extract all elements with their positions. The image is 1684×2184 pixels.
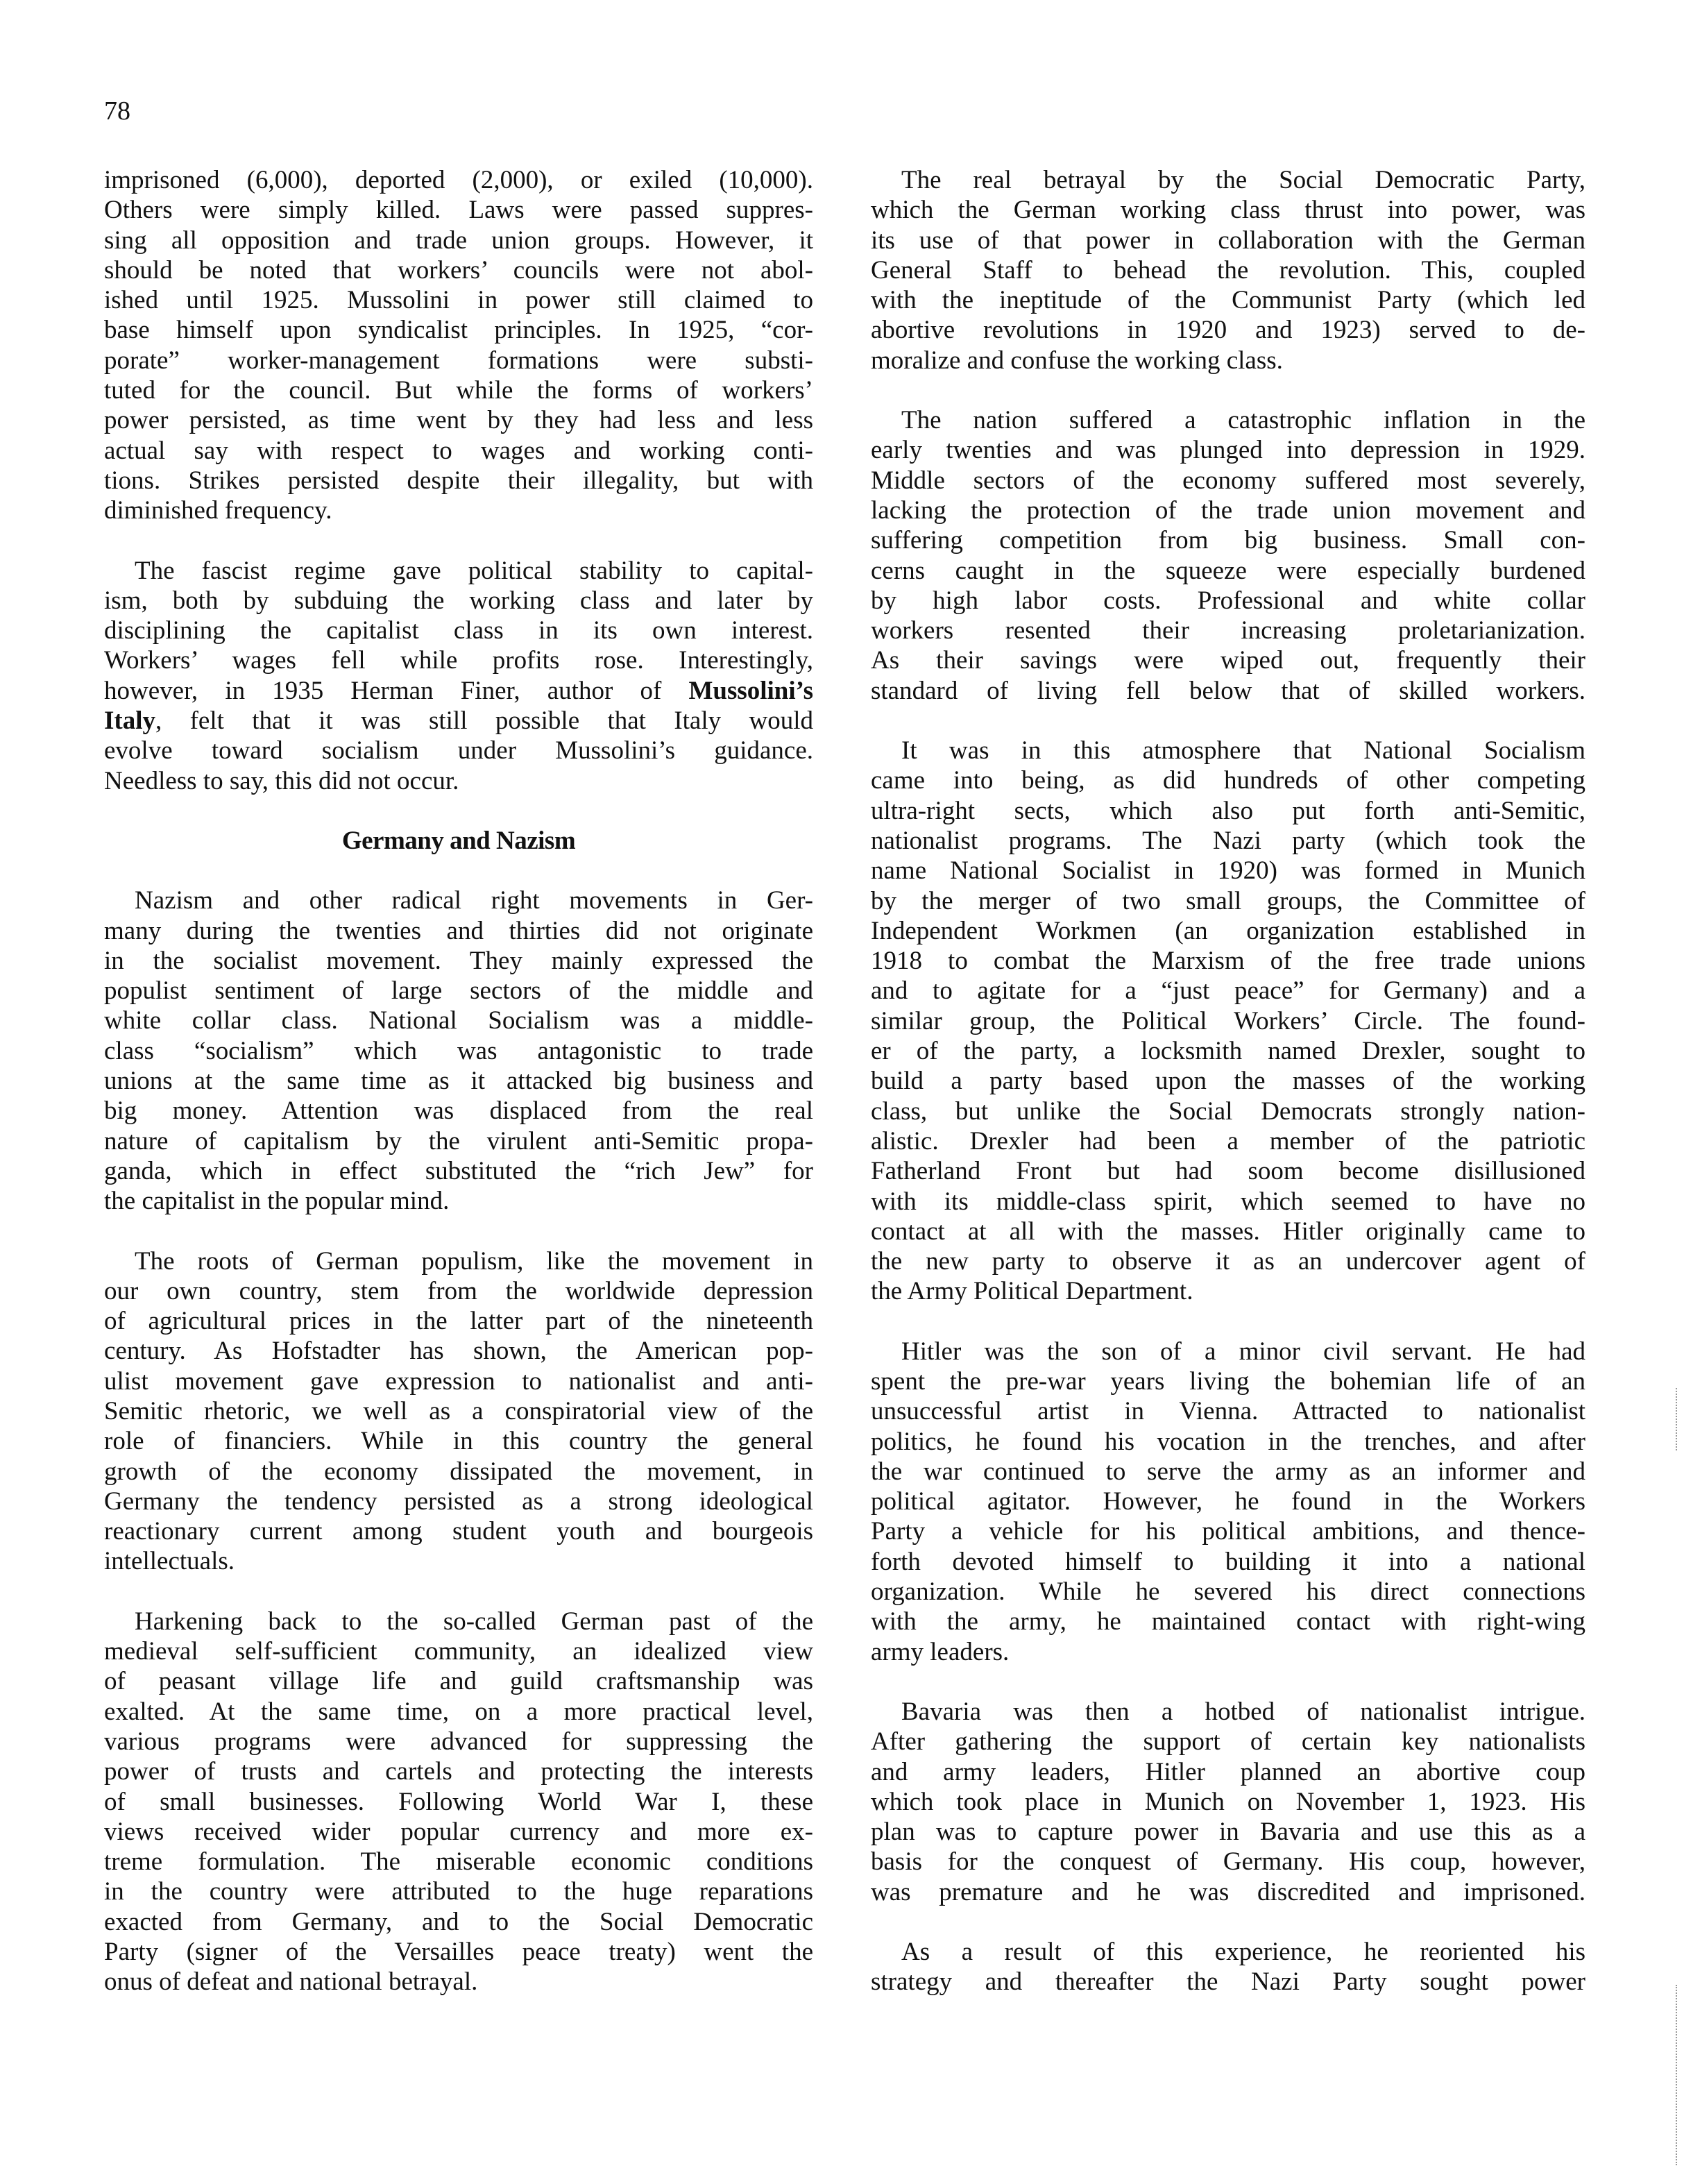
text-line: by the merger of two small groups, the C… — [871, 886, 1585, 916]
text-line: Germany the tendency persisted as a stro… — [104, 1487, 813, 1516]
text-line: of peasant village life and guild crafts… — [104, 1666, 813, 1696]
text-line: Workers’ wages fell while profits rose. … — [104, 645, 813, 675]
text-line: and army leaders, Hitler planned an abor… — [871, 1757, 1585, 1787]
paragraph-inflation: The nation suffered a catastrophic infla… — [871, 405, 1585, 706]
scan-artifact — [1676, 1985, 1679, 2165]
text-line: intellectuals. — [104, 1546, 813, 1576]
text-line: came into being, as did hundreds of othe… — [871, 765, 1585, 795]
text-line: tuted for the council. But while the for… — [104, 375, 813, 405]
text-line: Needless to say, this did not occur. — [104, 766, 813, 796]
text-line: many during the twenties and thirties di… — [104, 916, 813, 946]
text-line: class “socialism” which was antagonistic… — [104, 1036, 813, 1066]
text-line: forth devoted himself to building it int… — [871, 1547, 1585, 1577]
text-line: the new party to observe it as an underc… — [871, 1246, 1585, 1276]
text-line: Bavaria was then a hotbed of nationalist… — [871, 1697, 1585, 1727]
text-line: century. As Hofstadter has shown, the Am… — [104, 1336, 813, 1366]
text-line: politics, he found his vocation in the t… — [871, 1427, 1585, 1457]
text-line: in the socialist movement. They mainly e… — [104, 946, 813, 976]
text-line: suffering competition from big business.… — [871, 525, 1585, 555]
text-line: Semitic rhetoric, we well as a conspirat… — [104, 1396, 813, 1426]
right-column: The real betrayal by the Social Democrat… — [871, 165, 1585, 2027]
paragraph-harkening-back: Harkening back to the so-called German p… — [104, 1607, 813, 1997]
text-line: name National Socialist in 1920) was for… — [871, 856, 1585, 886]
text-line: Harkening back to the so-called German p… — [104, 1607, 813, 1636]
section-heading: Germany and Nazism — [104, 826, 813, 856]
text-line: with the ineptitude of the Communist Par… — [871, 285, 1585, 315]
text-line: Fatherland Front but had soom become dis… — [871, 1156, 1585, 1186]
text-line: Italy, felt that it was still possible t… — [104, 706, 813, 736]
text-line: strategy and thereafter the Nazi Party s… — [871, 1967, 1585, 1997]
text-line: unions at the same time as it attacked b… — [104, 1066, 813, 1096]
text-line: contact at all with the masses. Hitler o… — [871, 1217, 1585, 1246]
text-line: medieval self-sufficient community, an i… — [104, 1636, 813, 1666]
paragraph-bavaria-coup: Bavaria was then a hotbed of nationalist… — [871, 1697, 1585, 1907]
scan-artifact — [1676, 1388, 1679, 1450]
text-line: growth of the economy dissipated the mov… — [104, 1457, 813, 1487]
page-number: 78 — [104, 96, 130, 126]
text-line: political agitator. However, he found in… — [871, 1487, 1585, 1516]
text-line: Party (signer of the Versailles peace tr… — [104, 1937, 813, 1967]
text-line: which took place in Munich on November 1… — [871, 1787, 1585, 1817]
text-line: It was in this atmosphere that National … — [871, 736, 1585, 765]
text-line: however, in 1935 Herman Finer, author of… — [104, 676, 813, 706]
text-line: its use of that power in collaboration w… — [871, 226, 1585, 255]
text-line: unsuccessful artist in Vienna. Attracted… — [871, 1396, 1585, 1426]
paragraph-nazism-origins: Nazism and other radical right movements… — [104, 886, 813, 1216]
paragraph-real-betrayal: The real betrayal by the Social Democrat… — [871, 165, 1585, 375]
text-line: ism, both by subduing the working class … — [104, 586, 813, 616]
text-line: evolve toward socialism under Mussolini’… — [104, 736, 813, 765]
text-line: Party a vehicle for his political ambiti… — [871, 1516, 1585, 1546]
text-line: white collar class. National Socialism w… — [104, 1006, 813, 1035]
text-line: ished until 1925. Mussolini in power sti… — [104, 285, 813, 315]
text-line: workers resented their increasing prolet… — [871, 616, 1585, 645]
text-line: with the army, he maintained contact wit… — [871, 1607, 1585, 1636]
text-line: 1918 to combat the Marxism of the free t… — [871, 946, 1585, 976]
text-line: The real betrayal by the Social Democrat… — [871, 165, 1585, 195]
text-line: ulist movement gave expression to nation… — [104, 1366, 813, 1396]
text-line: and to agitate for a “just peace” for Ge… — [871, 976, 1585, 1006]
text-line: big money. Attention was displaced from … — [104, 1096, 813, 1126]
text-line: of small businesses. Following World War… — [104, 1787, 813, 1817]
text-line: After gathering the support of certain k… — [871, 1727, 1585, 1756]
text-segment: however, in 1935 Herman Finer, author of — [104, 677, 688, 705]
text-line: lacking the protection of the trade unio… — [871, 496, 1585, 525]
text-line: organization. While he severed his direc… — [871, 1577, 1585, 1607]
text-line: base himself upon syndicalist principles… — [104, 315, 813, 345]
text-line: As a result of this experience, he reori… — [871, 1937, 1585, 1967]
text-line: build a party based upon the masses of t… — [871, 1066, 1585, 1096]
paragraph-fascist-repression: imprisoned (6,000), deported (2,000), or… — [104, 165, 813, 526]
text-line: cerns caught in the squeeze were especia… — [871, 556, 1585, 586]
text-line: the Army Political Department. — [871, 1276, 1585, 1306]
text-line: with its middle-class spirit, which seem… — [871, 1187, 1585, 1217]
paragraph-reoriented-strategy: As a result of this experience, he reori… — [871, 1937, 1585, 1997]
text-line: sing all opposition and trade union grou… — [104, 226, 813, 255]
text-line: Middle sectors of the economy suffered m… — [871, 466, 1585, 496]
text-line: moralize and confuse the working class. — [871, 346, 1585, 375]
text-line: by high labor costs. Professional and wh… — [871, 586, 1585, 616]
text-line: should be noted that workers’ councils w… — [104, 255, 813, 285]
text-line: the capitalist in the popular mind. — [104, 1186, 813, 1216]
text-line: similar group, the Political Workers’ Ci… — [871, 1006, 1585, 1036]
paragraph-german-populism: The roots of German populism, like the m… — [104, 1246, 813, 1577]
text-line: class, but unlike the Social Democrats s… — [871, 1097, 1585, 1126]
text-line: Independent Workmen (an organization est… — [871, 916, 1585, 946]
text-line: of agricultural prices in the latter par… — [104, 1306, 813, 1336]
text-line: ganda, which in effect substituted the “… — [104, 1156, 813, 1186]
text-line: As their savings were wiped out, frequen… — [871, 645, 1585, 675]
text-line: power of trusts and cartels and protecti… — [104, 1756, 813, 1786]
text-line: various programs were advanced for suppr… — [104, 1727, 813, 1756]
text-line: spent the pre-war years living the bohem… — [871, 1366, 1585, 1396]
text-line: The roots of German populism, like the m… — [104, 1246, 813, 1276]
document-page: 78 imprisoned (6,000), deported (2,000),… — [0, 0, 1684, 2184]
text-line: nationalist programs. The Nazi party (wh… — [871, 826, 1585, 856]
text-line: standard of living fell below that of sk… — [871, 676, 1585, 706]
text-line: exalted. At the same time, on a more pra… — [104, 1697, 813, 1727]
text-line: in the country were attributed to the hu… — [104, 1877, 813, 1906]
text-line: the war continued to serve the army as a… — [871, 1457, 1585, 1487]
text-line: basis for the conquest of Germany. His c… — [871, 1847, 1585, 1877]
text-line: ultra-right sects, which also put forth … — [871, 796, 1585, 826]
text-line: onus of defeat and national betrayal. — [104, 1967, 813, 1997]
book-title-bold: Italy — [104, 706, 155, 735]
text-line: er of the party, a locksmith named Drexl… — [871, 1036, 1585, 1066]
text-line: reactionary current among student youth … — [104, 1516, 813, 1546]
text-line: was premature and he was discredited and… — [871, 1877, 1585, 1907]
text-line: The fascist regime gave political stabil… — [104, 556, 813, 586]
paragraph-national-socialism-origins: It was in this atmosphere that National … — [871, 736, 1585, 1307]
text-line: our own country, stem from the worldwide… — [104, 1276, 813, 1306]
text-line: treme formulation. The miserable economi… — [104, 1847, 813, 1877]
text-line: Others were simply killed. Laws were pas… — [104, 195, 813, 225]
text-line: plan was to capture power in Bavaria and… — [871, 1817, 1585, 1847]
text-line: Hitler was the son of a minor civil serv… — [871, 1337, 1585, 1366]
text-line: diminished frequency. — [104, 496, 813, 525]
text-line: abortive revolutions in 1920 and 1923) s… — [871, 315, 1585, 345]
book-title-bold: Mussolini’s — [688, 677, 813, 705]
paragraph-hitler-background: Hitler was the son of a minor civil serv… — [871, 1337, 1585, 1667]
text-line: views received wider popular currency an… — [104, 1817, 813, 1847]
text-line: army leaders. — [871, 1637, 1585, 1667]
text-line: exacted from Germany, and to the Social … — [104, 1907, 813, 1937]
text-line: which the German working class thrust in… — [871, 195, 1585, 225]
text-line: nature of capitalism by the virulent ant… — [104, 1126, 813, 1156]
text-line: imprisoned (6,000), deported (2,000), or… — [104, 165, 813, 195]
text-line: alistic. Drexler had been a member of th… — [871, 1126, 1585, 1156]
text-line: role of financiers. While in this countr… — [104, 1426, 813, 1456]
text-line: tions. Strikes persisted despite their i… — [104, 466, 813, 496]
text-line: early twenties and was plunged into depr… — [871, 435, 1585, 465]
text-line: Nazism and other radical right movements… — [104, 886, 813, 915]
text-line: The nation suffered a catastrophic infla… — [871, 405, 1585, 435]
text-line: power persisted, as time went by they ha… — [104, 405, 813, 435]
text-line: populist sentiment of large sectors of t… — [104, 976, 813, 1006]
text-line: porate” worker-management formations wer… — [104, 346, 813, 375]
paragraph-fascist-regime: The fascist regime gave political stabil… — [104, 556, 813, 796]
text-line: actual say with respect to wages and wor… — [104, 436, 813, 466]
text-line: disciplining the capitalist class in its… — [104, 616, 813, 645]
text-line: General Staff to behead the revolution. … — [871, 255, 1585, 285]
left-column: imprisoned (6,000), deported (2,000), or… — [104, 165, 813, 2027]
text-segment: , felt that it was still possible that I… — [155, 706, 813, 735]
